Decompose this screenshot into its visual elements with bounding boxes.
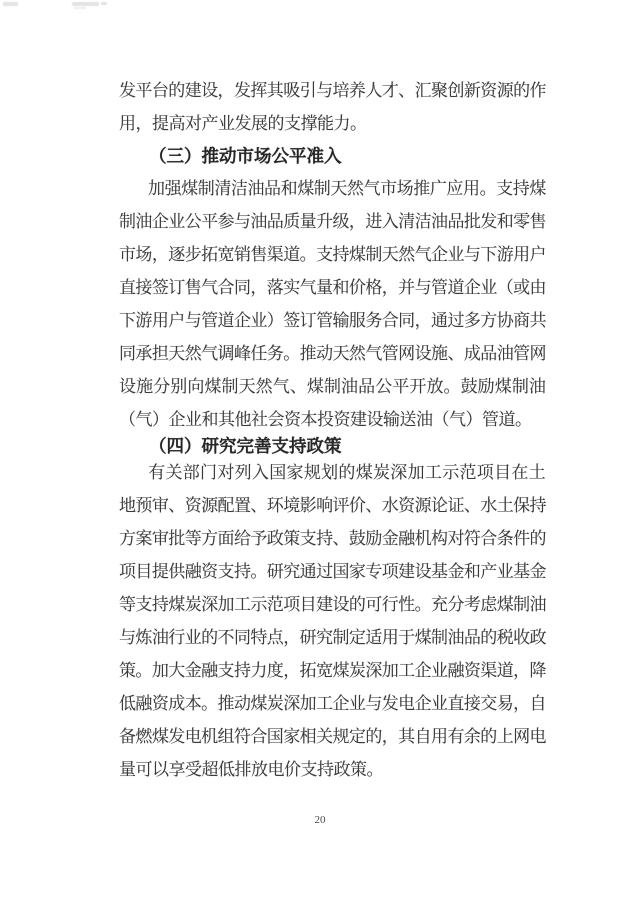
char: 燃	[135, 720, 151, 753]
char: 油	[250, 205, 266, 238]
char: 逐	[168, 238, 184, 271]
char: 向	[187, 370, 204, 403]
char: 合	[218, 271, 234, 304]
char: 的	[480, 720, 496, 753]
char: 对	[447, 522, 463, 555]
char: 聚	[431, 74, 447, 107]
char: 关	[316, 720, 332, 753]
char: 的	[365, 720, 381, 753]
char: 专	[365, 555, 381, 588]
char: 规	[304, 456, 321, 489]
char: 产	[202, 107, 219, 140]
char: 升	[316, 205, 332, 238]
text-line: 项目提供融资支持。研究通过国家专项建设基金和产业基金	[119, 555, 546, 588]
page-number: 20	[315, 814, 326, 826]
char: 于	[398, 621, 414, 654]
char: 用	[463, 172, 480, 205]
char: ，	[218, 74, 234, 107]
char: 成	[168, 687, 184, 720]
char: 与	[415, 271, 431, 304]
char: 、	[464, 489, 480, 522]
char: 。	[283, 337, 299, 370]
char: 水	[382, 489, 398, 522]
char: 业	[447, 238, 463, 271]
char: 支	[316, 238, 332, 271]
char: 然	[256, 370, 273, 403]
char: 构	[431, 522, 447, 555]
text-line: 发平台的建设，发挥其吸引与培养人才、汇聚创新资源的作	[119, 74, 546, 107]
scan-artifact	[72, 2, 99, 6]
char: 油	[497, 337, 513, 370]
char: 平	[135, 74, 151, 107]
char: 其	[267, 74, 283, 107]
char: 的	[168, 74, 184, 107]
char: 天	[332, 337, 348, 370]
char: 划	[321, 456, 338, 489]
char: 交	[480, 687, 496, 720]
char: 、	[290, 370, 307, 403]
char: 业	[480, 271, 496, 304]
char: 用	[119, 107, 136, 140]
char: 建	[316, 588, 332, 621]
char: 与	[365, 687, 381, 720]
char: 易	[497, 687, 513, 720]
char: 条	[497, 522, 513, 555]
char: 的	[338, 456, 355, 489]
char: 步	[185, 238, 201, 271]
char: 提	[152, 107, 169, 140]
char: 工	[425, 456, 442, 489]
char: 售	[185, 271, 201, 304]
char: 气	[201, 337, 217, 370]
char: 天	[168, 337, 184, 370]
char: 电	[398, 687, 414, 720]
document-page: 发平台的建设，发挥其吸引与培养人才、汇聚创新资源的作用，提高对产业发展的支撑能力…	[0, 0, 640, 906]
char: 加	[407, 456, 424, 489]
char: 管	[382, 337, 398, 370]
char: 大	[168, 654, 184, 687]
char: 发	[480, 205, 496, 238]
char: 道	[218, 304, 234, 337]
char: 支	[218, 654, 234, 687]
char: 企	[152, 205, 168, 238]
char: 售	[530, 205, 546, 238]
char: 力	[250, 654, 266, 687]
char: 给	[234, 522, 250, 555]
char: 炭	[373, 456, 390, 489]
char: 面	[218, 522, 234, 555]
char: 置	[234, 489, 250, 522]
char: 培	[332, 74, 348, 107]
char: 金	[382, 522, 398, 555]
char: 基	[431, 555, 447, 588]
char: 调	[218, 337, 234, 370]
scan-artifact	[101, 2, 107, 5]
char: 与	[234, 205, 250, 238]
char: 发	[235, 107, 252, 140]
char: 资	[201, 555, 217, 588]
char: 的	[480, 621, 496, 654]
char: 示	[250, 588, 266, 621]
char: 建	[185, 74, 201, 107]
char: 新	[464, 74, 480, 107]
char: 加	[148, 172, 165, 205]
char: ，	[382, 271, 398, 304]
char: 策	[119, 654, 135, 687]
char: 价	[349, 489, 365, 522]
char: 洁	[231, 172, 248, 205]
section-heading: （三）推动市场公平准入	[119, 140, 546, 173]
char: 煤	[204, 370, 221, 403]
char: 煤	[297, 172, 314, 205]
char: 和	[497, 205, 513, 238]
char: 通	[300, 555, 316, 588]
char: 制	[221, 370, 238, 403]
char: 资	[480, 74, 496, 107]
char: 证	[447, 489, 463, 522]
char: 宽	[316, 654, 332, 687]
char: ，	[152, 238, 168, 271]
char: 供	[168, 555, 184, 588]
char: 电	[185, 720, 201, 753]
char: 、	[250, 489, 266, 522]
char: 服	[349, 304, 365, 337]
char: 示	[442, 456, 459, 489]
char: 煤	[152, 720, 168, 753]
char: 企	[431, 238, 447, 271]
char: ）	[267, 304, 283, 337]
char: 支	[218, 555, 234, 588]
char: 推	[300, 337, 316, 370]
char: 品	[264, 172, 281, 205]
char: 天	[239, 370, 256, 403]
char: ，	[382, 720, 398, 753]
char: 游	[135, 304, 151, 337]
char: 价	[349, 271, 365, 304]
text-line: 方案审批等方面给予政策支持、鼓励金融机构对符合条件的	[119, 522, 546, 555]
char: 清	[398, 205, 414, 238]
char: 的	[349, 588, 365, 621]
char: 用	[152, 304, 168, 337]
char: 。	[300, 238, 316, 271]
char: 然	[349, 337, 365, 370]
char: 成	[464, 337, 480, 370]
char: 煤	[181, 172, 198, 205]
page-footer: 20	[0, 810, 640, 828]
text-line: 同承担天然气调峰任务。推动天然气管网设施、成品油管网	[119, 337, 546, 370]
char: 户	[168, 304, 184, 337]
char: 协	[497, 304, 513, 337]
char: 案	[135, 522, 151, 555]
char: 符	[234, 720, 250, 753]
char: 油	[530, 588, 546, 621]
char: 境	[283, 489, 299, 522]
char: 企	[234, 304, 250, 337]
text-line: 设施分别向煤制天然气、煤制油品公平开放。鼓励煤制油	[119, 370, 546, 403]
char: 吸	[283, 74, 299, 107]
char: 低	[119, 687, 135, 720]
char: 动	[234, 687, 250, 720]
char: 零	[513, 205, 529, 238]
char: 共	[530, 304, 546, 337]
char: 煤	[529, 172, 546, 205]
char: 基	[513, 555, 529, 588]
char: 然	[185, 337, 201, 370]
char: 同	[234, 271, 250, 304]
char: 网	[513, 720, 529, 753]
char: 发	[382, 687, 398, 720]
char: 源	[497, 74, 513, 107]
char: 市	[237, 140, 255, 173]
char: 对	[185, 107, 202, 140]
char: 网	[530, 337, 546, 370]
char: 直	[119, 271, 135, 304]
char: 对	[217, 456, 234, 489]
char: 融	[185, 555, 201, 588]
char: 持	[316, 522, 332, 555]
char: （	[149, 140, 167, 173]
char: 。	[135, 654, 151, 687]
char: 接	[135, 271, 151, 304]
char: 排	[235, 753, 252, 786]
char: 量	[300, 205, 316, 238]
char: 作	[530, 74, 546, 107]
char: 本	[185, 687, 201, 720]
char: 渠	[267, 238, 283, 271]
char: 质	[283, 205, 299, 238]
char: 煤	[307, 370, 324, 403]
char: 任	[250, 337, 266, 370]
char: 高	[169, 107, 186, 140]
char: 养	[349, 74, 365, 107]
char: 公	[375, 370, 392, 403]
char: ，	[415, 304, 431, 337]
char: 家	[283, 720, 299, 753]
char: 电	[268, 753, 285, 786]
char: 煤	[250, 687, 266, 720]
char: 自	[415, 720, 431, 753]
char: ，	[349, 205, 365, 238]
char: 然	[347, 172, 364, 205]
char: 洁	[415, 205, 431, 238]
char: 深	[201, 588, 217, 621]
char: 设	[332, 588, 348, 621]
char: 施	[431, 337, 447, 370]
char: 签	[283, 304, 299, 337]
char: 、	[332, 522, 348, 555]
char: 合	[480, 522, 496, 555]
char: ，	[250, 271, 266, 304]
char: 加	[382, 654, 398, 687]
char: 设	[201, 74, 217, 107]
char: 和	[281, 172, 298, 205]
char: 支	[300, 522, 316, 555]
char: 项	[382, 555, 398, 588]
char: 油	[247, 172, 264, 205]
char: 开	[409, 370, 426, 403]
char: 气	[365, 337, 381, 370]
char: 加	[218, 588, 234, 621]
char: 接	[464, 687, 480, 720]
char: 产	[480, 555, 496, 588]
char: 与	[185, 304, 201, 337]
char: 自	[530, 687, 546, 720]
char: 入	[252, 456, 269, 489]
char: 拓	[201, 238, 217, 271]
char: 市	[119, 238, 135, 271]
heading-line: （三）推动市场公平准入	[149, 140, 342, 173]
char: 入	[324, 140, 342, 173]
char: 地	[119, 489, 135, 522]
char: 同	[234, 621, 250, 654]
char: 市	[380, 172, 397, 205]
char: 究	[316, 621, 332, 654]
char: 企	[464, 271, 480, 304]
char: 制	[324, 370, 341, 403]
char: 策	[350, 753, 367, 786]
char: 工	[316, 687, 332, 720]
char: 制	[119, 205, 135, 238]
char: 等	[119, 588, 135, 621]
char: 量	[316, 271, 332, 304]
char: 能	[317, 107, 334, 140]
char: 入	[382, 205, 398, 238]
char: 考	[464, 588, 480, 621]
char: 油	[529, 370, 546, 403]
text-line: 用，提高对产业发展的支撑能力。	[119, 107, 367, 140]
char: 气	[201, 271, 217, 304]
char: 企	[332, 687, 348, 720]
char: 资	[152, 687, 168, 720]
char: 气	[364, 172, 381, 205]
char: 管	[513, 337, 529, 370]
char: 方	[480, 304, 496, 337]
char: 下	[119, 304, 135, 337]
char: 气	[415, 238, 431, 271]
char: 。	[415, 588, 431, 621]
char: 才	[382, 74, 398, 107]
char: 支	[284, 107, 301, 140]
char: 和	[464, 555, 480, 588]
char: 格	[365, 271, 381, 304]
char: 源	[201, 489, 217, 522]
char: 道	[283, 238, 299, 271]
char: 设	[119, 370, 136, 403]
text-line: 低融资成本。推动煤炭深加工企业与发电企业直接交易，自	[119, 687, 546, 720]
char: 评	[332, 489, 348, 522]
char: 管	[316, 304, 332, 337]
char: 台	[152, 74, 168, 107]
char: 行	[168, 621, 184, 654]
char: 方	[201, 522, 217, 555]
char: 油	[447, 621, 463, 654]
char: 资	[398, 489, 414, 522]
char: 有	[447, 720, 463, 753]
char: 低	[218, 753, 235, 786]
char: 推	[218, 687, 234, 720]
char: 的	[530, 522, 546, 555]
char: 人	[365, 74, 381, 107]
char: 金	[530, 555, 546, 588]
char: 降	[530, 654, 546, 687]
char: 油	[135, 205, 151, 238]
text-line: 市场，逐步拓宽销售渠道。支持煤制天然气企业与下游用户	[119, 238, 546, 271]
char: 准	[307, 140, 325, 173]
char: 制	[332, 621, 348, 654]
text-line: 量可以享受超低排放电价支持政策。	[119, 753, 383, 786]
char: 、	[398, 74, 414, 107]
char: 油	[341, 370, 358, 403]
char: 部	[183, 456, 200, 489]
char: 加	[152, 654, 168, 687]
char: 峰	[234, 337, 250, 370]
char: 渠	[480, 654, 496, 687]
char: 煤	[497, 588, 513, 621]
char: 制	[365, 238, 381, 271]
char: 宽	[218, 238, 234, 271]
char: 的	[201, 621, 217, 654]
char: 业	[185, 621, 201, 654]
char: 游	[497, 238, 513, 271]
char: 的	[268, 107, 285, 140]
char: 策	[283, 522, 299, 555]
char: 业	[218, 107, 235, 140]
char: 落	[267, 271, 283, 304]
char: 和	[332, 271, 348, 304]
char: 审	[152, 489, 168, 522]
char: 励	[478, 370, 495, 403]
char: 汇	[415, 74, 431, 107]
char: 推	[413, 172, 430, 205]
char: 研	[300, 621, 316, 654]
char: 门	[200, 456, 217, 489]
char: 行	[382, 588, 398, 621]
char: 支	[496, 172, 513, 205]
char: 、	[365, 489, 381, 522]
char: 研	[267, 555, 283, 588]
char: 动	[219, 140, 237, 173]
char: 影	[300, 489, 316, 522]
char: 环	[267, 489, 283, 522]
char: 动	[316, 337, 332, 370]
char: 与	[316, 74, 332, 107]
char: 土	[497, 489, 513, 522]
char: 订	[300, 304, 316, 337]
char: 放	[426, 370, 443, 403]
char: 参	[218, 205, 234, 238]
char: 推	[202, 140, 220, 173]
char: 源	[415, 489, 431, 522]
char: 持	[234, 555, 250, 588]
char: 煤	[168, 588, 184, 621]
char: 放	[251, 753, 268, 786]
char: 点	[267, 621, 283, 654]
char: 持	[530, 489, 546, 522]
char: ，	[283, 654, 299, 687]
char: 持	[152, 588, 168, 621]
char: 挥	[250, 74, 266, 107]
char: 品	[447, 205, 463, 238]
char: 油	[152, 621, 168, 654]
char: 同	[119, 337, 135, 370]
char: 气	[300, 271, 316, 304]
char: 引	[300, 74, 316, 107]
char: 享	[169, 753, 186, 786]
char: 品	[480, 337, 496, 370]
char: 业	[431, 654, 447, 687]
char: 炼	[135, 621, 151, 654]
char: 分	[447, 588, 463, 621]
